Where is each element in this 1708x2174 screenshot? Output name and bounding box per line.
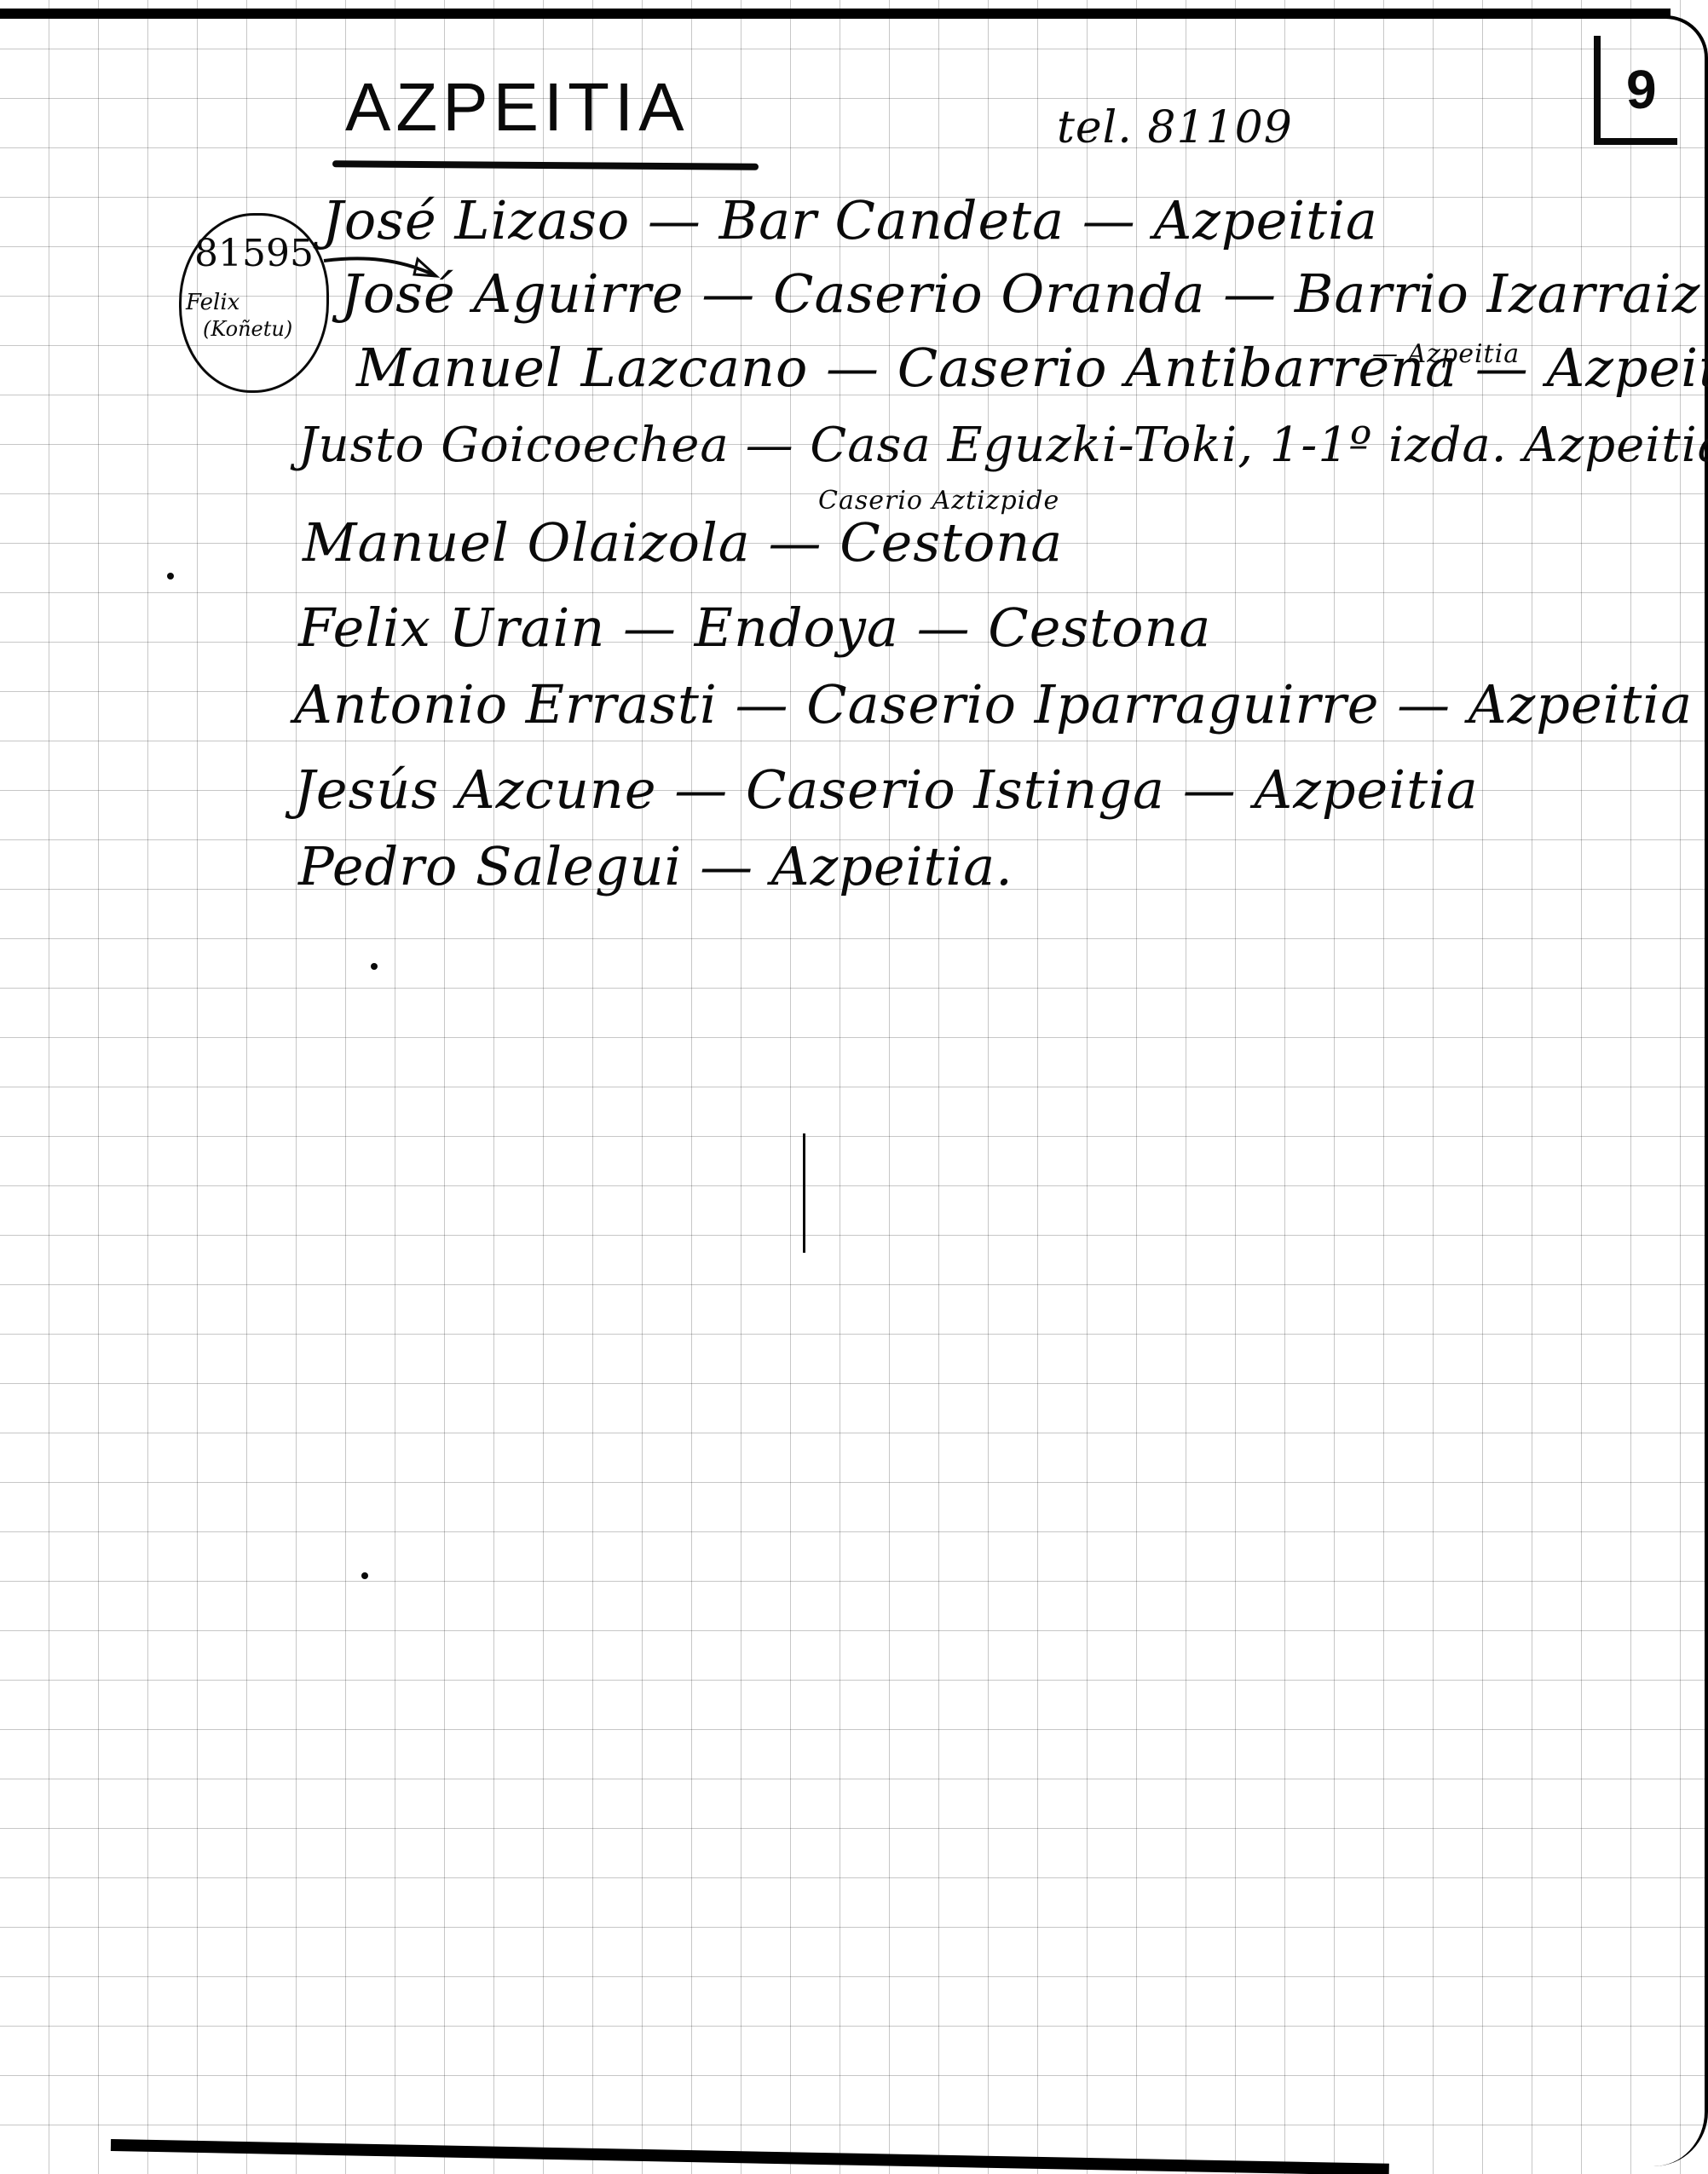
ink-dot [371,963,378,970]
margin-note-number: 81595 [194,232,314,275]
margin-note-nickname: (Koñetu) [203,317,292,341]
margin-note-name: Felix [186,290,239,315]
entry-line: José Aguirre — Caserio Oranda — Barrio I… [341,262,1700,325]
page-number: 9 [1626,58,1657,121]
ink-dot [167,573,174,580]
page-title: AZPEITIA [345,68,690,147]
entry-line: Jesús Azcune — Caserio Istinga — Azpeiti… [294,758,1479,821]
title-underline [332,160,759,170]
notebook-page: AZPEITIA tel. 81109 9 81595 Felix (Koñet… [0,0,1708,2174]
entry-line: Justo Goicoechea — Casa Eguzki-Toki, 1-1… [298,418,1708,473]
entry-line: Antonio Errasti — Caserio Iparraguirre —… [294,673,1693,735]
entry-line: José Lizaso — Bar Candeta — Azpeitia [322,189,1378,251]
entry-line: Felix Urain — Endoya — Cestona [298,597,1211,659]
entry-line: Pedro Salegui — Azpeitia. [298,835,1013,897]
entry-line: Manuel Olaizola — Cestona [303,511,1063,574]
ink-mark [803,1133,805,1253]
entry-line: Manuel Lazcano — Caserio Antibarrena — A… [356,337,1708,399]
page-bottom-edge [111,2139,1389,2174]
ink-dot [361,1572,368,1579]
page-top-edge [0,0,1670,19]
phone-number: tel. 81109 [1057,102,1293,153]
